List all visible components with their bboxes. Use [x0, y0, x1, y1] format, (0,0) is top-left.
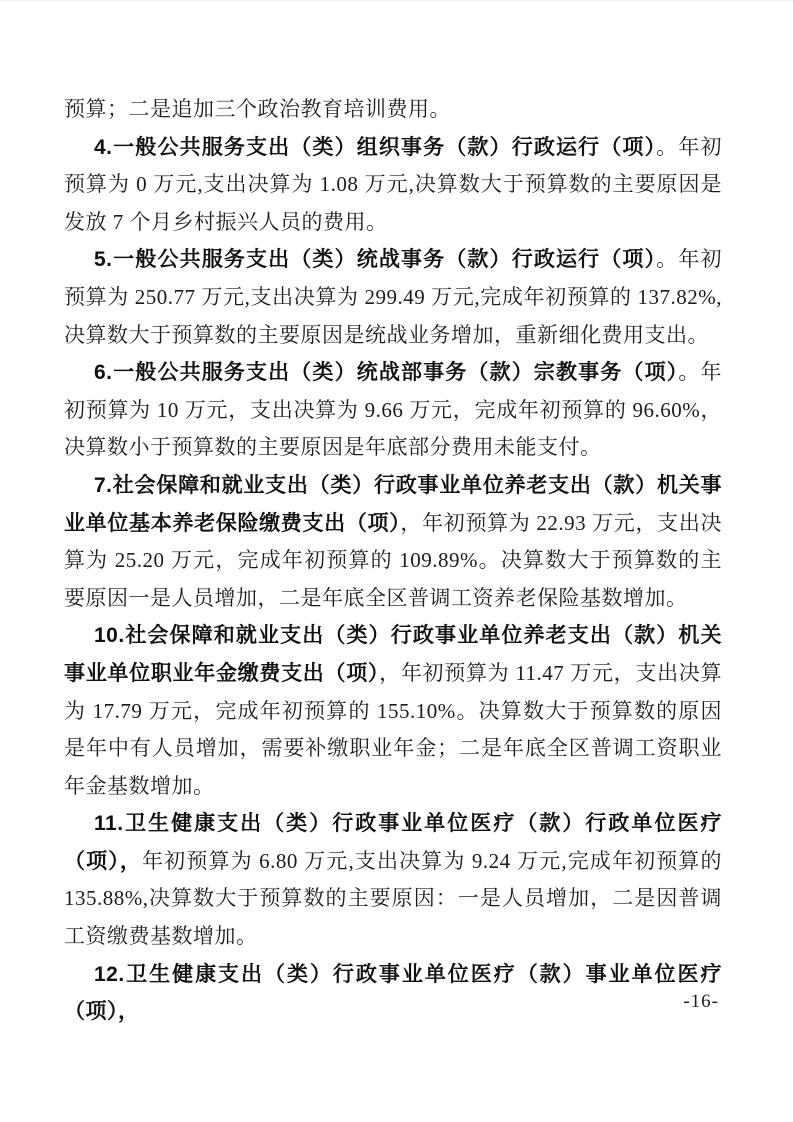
budget-item-12: 12.卫生健康支出（类）行政事业单位医疗（款）事业单位医疗（项），	[64, 956, 722, 1031]
document-page: 预算；二是追加三个政治教育培训费用。 4.一般公共服务支出（类）组织事务（款）行…	[0, 0, 793, 1122]
body-text: 预算；二是追加三个政治教育培训费用。	[64, 97, 451, 121]
budget-item-4: 4.一般公共服务支出（类）组织事务（款）行政运行（项）。年初预算为 0 万元,支…	[64, 129, 722, 242]
budget-item-10: 10.社会保障和就业支出（类）行政事业单位养老支出（款）机关事业单位职业年金缴费…	[64, 617, 722, 805]
document-body: 预算；二是追加三个政治教育培训费用。 4.一般公共服务支出（类）组织事务（款）行…	[64, 91, 722, 1031]
budget-item-7: 7.社会保障和就业支出（类）行政事业单位养老支出（款）机关事业单位基本养老保险缴…	[64, 467, 722, 617]
budget-item-11: 11.卫生健康支出（类）行政事业单位医疗（款）行政单位医疗（项），年初预算为 6…	[64, 805, 722, 955]
budget-item-6: 6.一般公共服务支出（类）统战部事务（款）宗教事务（项）。年初预算为 10 万元…	[64, 354, 722, 467]
item-5-heading: 5.一般公共服务支出（类）统战事务（款）行政运行（项）	[94, 248, 656, 271]
item-11-body: 年初预算为 6.80 万元,支出决算为 9.24 万元,完成年初预算的 135.…	[64, 849, 722, 948]
item-4-heading: 4.一般公共服务支出（类）组织事务（款）行政运行（项）	[94, 136, 656, 159]
item-6-heading: 6.一般公共服务支出（类）统战部事务（款）宗教事务（项）	[94, 361, 678, 384]
paragraph-continuation: 预算；二是追加三个政治教育培训费用。	[64, 91, 722, 129]
budget-item-5: 5.一般公共服务支出（类）统战事务（款）行政运行（项）。年初预算为 250.77…	[64, 241, 722, 354]
item-12-heading: 12.卫生健康支出（类）行政事业单位医疗（款）事业单位医疗（项），	[64, 963, 722, 1024]
page-number: -16-	[683, 991, 719, 1013]
